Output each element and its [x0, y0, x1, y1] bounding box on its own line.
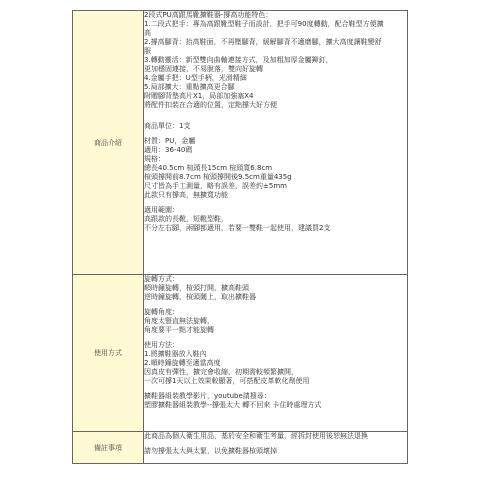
table-row-product-intro: 商品介紹 2段式PU高跟馬靴擴鞋器-撐高功能特色： 1.二段式把手：專為高跟靴型… [73, 11, 408, 275]
rotate-line-2: 逆時鐘旋轉，楦頭闔上，取出擴鞋器 [144, 293, 407, 302]
feature-3-cont: 更加穩固連接，不易脫落，雙向好旋轉 [144, 65, 407, 74]
notes-content: 此商品為個人衛生用品，基於安全和衛生考量，經拆封使用後恕無法退換 請勿撐張太大與… [144, 432, 408, 464]
feature-5: 5.局部擴大：重點擴高更合腳 [144, 83, 407, 92]
scope-title: 適用範圍： [144, 206, 407, 215]
accessories: 附贈腳背墊高片X1，局部加強塞X4 [144, 92, 407, 101]
table-row-notes: 備註事項 此商品為個人衛生用品，基於安全和衛生考量，經拆封使用後恕無法退換 請勿… [73, 432, 408, 464]
features-title: 2段式PU高跟馬靴擴鞋器-撐高功能特色： [144, 11, 407, 20]
usage-line-2: 2.順時鐘旋轉至適當高度 [144, 359, 407, 368]
material: 材質：PU，金屬 [144, 137, 407, 146]
scope-line-1: 高跟款的長靴，短靴型鞋， [144, 215, 407, 224]
spec-line-4: 此款只有撐高，無擴寬功能 [144, 191, 407, 200]
angle-line-1: 角度太豎直無法旋轉， [144, 317, 407, 326]
row-label-notes: 備註事項 [73, 432, 144, 464]
product-unit: 商品單位：1支 [144, 122, 407, 131]
fit-size: 適用：36-40碼 [144, 146, 407, 155]
feature-1-cont: 高 [144, 29, 407, 38]
note-line-2: 請勿撐張太大與太緊，以免擴鞋器楦頭壞掉 [144, 447, 407, 456]
usage-content: 旋轉方式： 順時鐘旋轉，楦頭打開，擴高鞋頭 逆時鐘旋轉，楦頭闔上，取出擴鞋器 旋… [144, 275, 408, 432]
rotate-line-1: 順時鐘旋轉，楦頭打開，擴高鞋頭 [144, 284, 407, 293]
spec-title: 規格： [144, 155, 407, 164]
usage-line-1: 1.將擴鞋器放入鞋內 [144, 350, 407, 359]
angle-line-2: 角度要平一點才能旋轉 [144, 326, 407, 335]
feature-4: 4.金屬手把：U型手柄，光滑精細 [144, 74, 407, 83]
spec-line-3: 尺寸皆為手工測量，略有誤差，誤差約±5mm [144, 182, 407, 191]
product-intro-content: 2段式PU高跟馬靴擴鞋器-撐高功能特色： 1.二段式把手：專為高跟靴型鞋子而設計… [144, 11, 408, 275]
scope-line-2: 不分左右腳，兩腳都適用，若要一雙鞋一起使用，建議買2支 [144, 224, 407, 233]
usage-line-4: 一次可撐1天以上效果較顯著，可搭配皮革軟化劑使用 [144, 377, 407, 386]
spec-line-1: 總長40.5cm 楦頭長15cm 楦頭寬6.8cm [144, 164, 407, 173]
usage-title: 使用方法： [144, 341, 407, 350]
rotate-title: 旋轉方式： [144, 275, 407, 284]
row-label-usage: 使用方式 [73, 275, 144, 432]
note-line-1: 此商品為個人衛生用品，基於安全和衛生考量，經拆封使用後恕無法退換 [144, 432, 407, 441]
product-spec-table: 商品介紹 2段式PU高跟馬靴擴鞋器-撐高功能特色： 1.二段式把手：專為高跟靴型… [72, 10, 408, 464]
spec-line-2: 楦頭撐開前8.7cm 楦頭撐開後9.5cm重量435g [144, 173, 407, 182]
feature-2: 2.撐高腳背：抬高鞋面，不再壓腳背，緩解腳背不適磨腳，擴大高度讓鞋變舒 [144, 38, 407, 47]
feature-2-cont: 服 [144, 47, 407, 56]
row-label-product-intro: 商品介紹 [73, 11, 144, 275]
angle-title: 旋轉角度： [144, 308, 407, 317]
video-line-1: 擴鞋器組裝教學影片，youtube請搜尋： [144, 392, 407, 401]
feature-1: 1.二段式把手：專為高跟靴型鞋子而設計，把手可90度轉動，配合鞋型方便擴 [144, 20, 407, 29]
accessories-note: 將配件扣裝在合適的位置，定點撐大好方便 [144, 101, 407, 110]
usage-line-3: 因真皮有彈性，擴完會收縮，初期需較頻繁擴開， [144, 368, 407, 377]
video-line-2: 塑膠擴鞋器組裝教學--撐張太大 轉不回來 卡住時處理方式 [144, 401, 407, 410]
table-row-usage: 使用方式 旋轉方式： 順時鐘旋轉，楦頭打開，擴高鞋頭 逆時鐘旋轉，楦頭闔上，取出… [73, 275, 408, 432]
feature-3: 3.轉動靈活：新型雙向曲軸連接方式，及加粗加厚金屬鉚釘， [144, 56, 407, 65]
